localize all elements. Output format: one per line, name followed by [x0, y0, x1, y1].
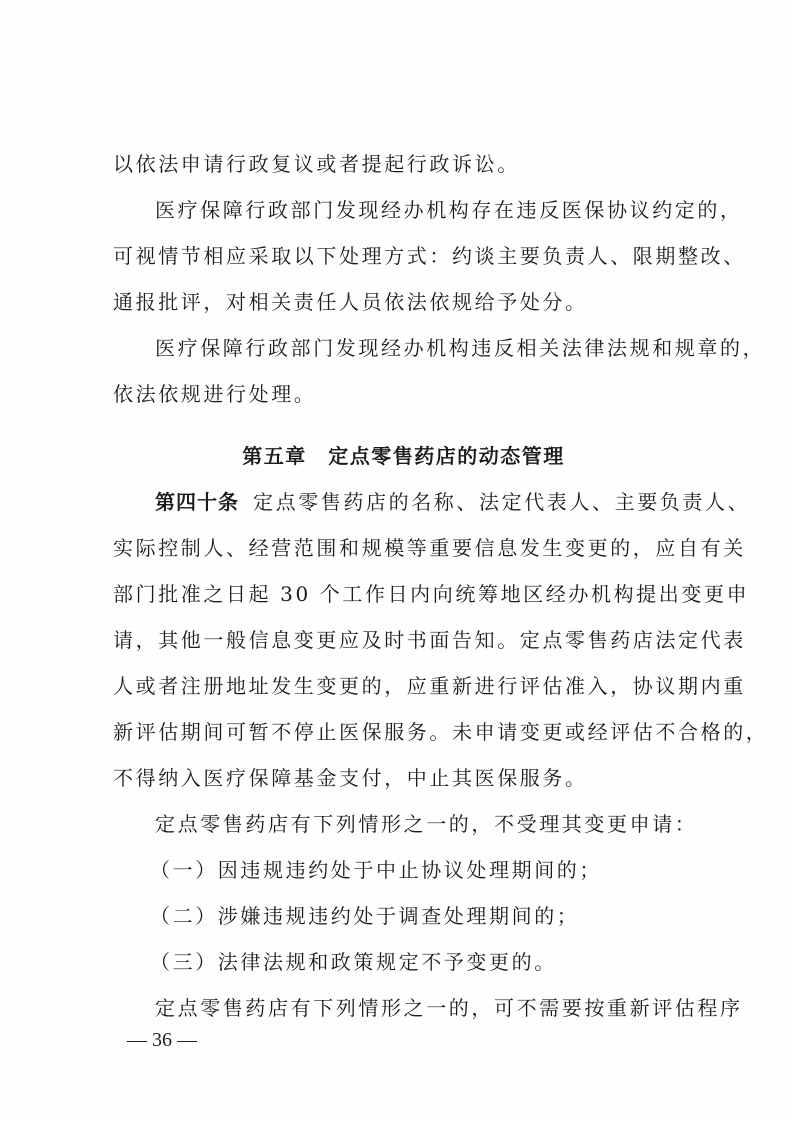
paragraph-start: 医疗保障行政部门发现经办机构违反相关法律法规和规章的，	[155, 334, 765, 362]
text-line: 人或者注册地址发生变更的，应重新进行评估准入，协议期内重	[113, 672, 746, 700]
text-line: 依法依规进行处理。	[113, 380, 316, 408]
paragraph-start: 定点零售药店有下列情形之一的，不受理其变更申请：	[155, 810, 697, 838]
text-line: 新评估期间可暂不停止医保服务。未申请变更或经评估不合格的，	[113, 718, 768, 746]
text-line: 通报批评，对相关责任人员依法依规给予处分。	[113, 288, 588, 316]
paragraph-start: 定点零售药店有下列情形之一的，可不需要按重新评估程序	[155, 994, 743, 1022]
list-item: （二）涉嫌违规违约处于调查处理期间的；	[150, 902, 579, 930]
text-line: 以依法申请行政复议或者提起行政诉讼。	[113, 150, 520, 178]
document-page: 以依法申请行政复议或者提起行政诉讼。 医疗保障行政部门发现经办机构存在违反医保协…	[0, 0, 793, 1122]
text-line: 可视情节相应采取以下处理方式：约谈主要负责人、限期整改、	[113, 242, 746, 270]
page-number: — 36 —	[127, 1028, 197, 1052]
text-line: 实际控制人、经营范围和规模等重要信息发生变更的，应自有关	[113, 534, 746, 562]
text-line: 不得纳入医疗保障基金支付，中止其医保服务。	[113, 764, 588, 792]
article-first-line: 第四十条定点零售药店的名称、法定代表人、主要负责人、	[155, 488, 750, 516]
list-item: （一）因违规违约处于中止协议处理期间的；	[150, 856, 602, 884]
text-line: 请，其他一般信息变更应及时书面告知。定点零售药店法定代表	[113, 626, 746, 654]
chapter-heading: 第五章 定点零售药店的动态管理	[0, 442, 793, 470]
article-text: 定点零售药店的名称、法定代表人、主要负责人、	[253, 490, 750, 514]
list-item: （三）法律法规和政策规定不予变更的。	[150, 948, 557, 976]
article-label: 第四十条	[155, 490, 239, 514]
paragraph-start: 医疗保障行政部门发现经办机构存在违反医保协议约定的，	[155, 196, 743, 224]
text-line: 部门批准之日起 30 个工作日内向统筹地区经办机构提出变更申	[113, 580, 749, 608]
